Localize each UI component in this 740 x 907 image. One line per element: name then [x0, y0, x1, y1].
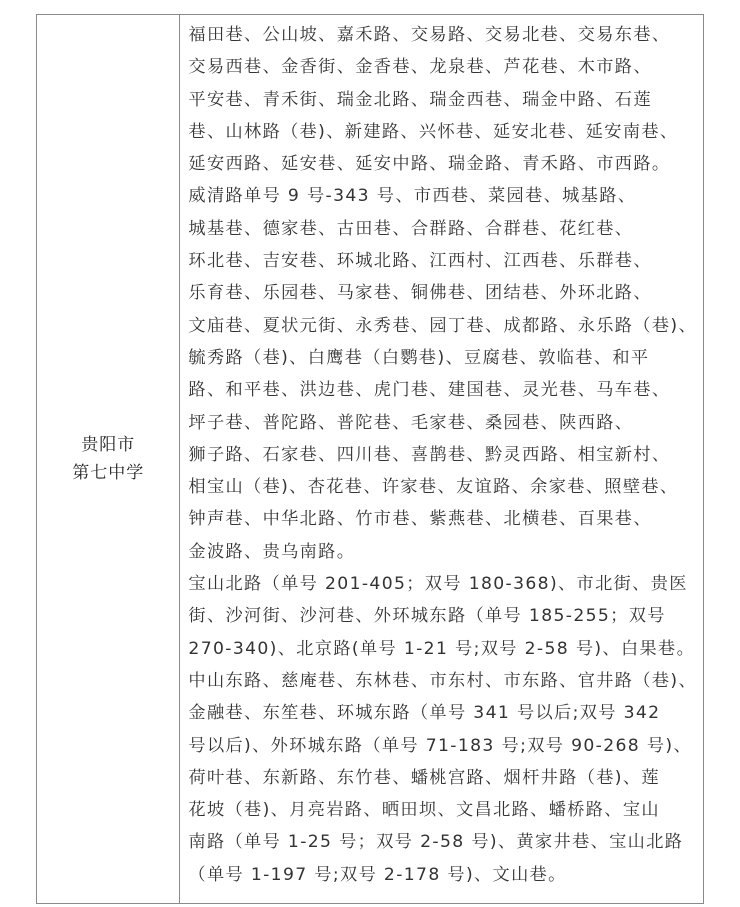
- street-line: 平安巷、青禾街、瑞金北路、瑞金西巷、瑞金中路、石莲: [188, 84, 697, 116]
- street-line: 相宝山（巷)、杏花巷、许家巷、友谊路、余家巷、照壁巷、: [188, 471, 697, 503]
- street-line: 狮子路、石家巷、四川巷、喜鹊巷、黔灵西路、相宝新村、: [188, 439, 697, 471]
- street-line: 文庙巷、夏状元街、永秀巷、园丁巷、成都路、永乐路（巷)、: [188, 310, 697, 342]
- street-line: 号以后)、外环城东路（单号 71-183 号;双号 90-268 号)、: [188, 730, 697, 762]
- street-line: 金融巷、东笙巷、环城东路（单号 341 号以后;双号 342: [188, 697, 697, 729]
- street-line: 荷叶巷、东新路、东竹巷、蟠桃宫路、烟杆井路（巷)、莲: [188, 762, 697, 794]
- street-line: 宝山北路（单号 201-405；双号 180-368)、市北街、贵医: [188, 568, 697, 600]
- street-line: 路、和平巷、洪边巷、虎门巷、建国巷、灵光巷、马车巷、: [188, 374, 697, 406]
- school-name-cell: 贵阳市 第七中学: [37, 15, 180, 903]
- street-line: （单号 1-197 号;双号 2-178 号)、文山巷。: [188, 859, 697, 891]
- street-line: 金波路、贵乌南路。: [188, 536, 697, 568]
- street-line: 福田巷、公山坡、嘉禾路、交易路、交易北巷、交易东巷、: [188, 19, 697, 51]
- street-line: 钟声巷、中华北路、竹市巷、紫燕巷、北横巷、百果巷、: [188, 503, 697, 535]
- school-name-line1: 贵阳市: [81, 431, 135, 459]
- street-line: 延安西路、延安巷、延安中路、瑞金路、青禾路、市西路。: [188, 148, 697, 180]
- street-line: 威清路单号 9 号-343 号、市西巷、菜园巷、城基路、: [188, 180, 697, 212]
- zone-paragraph-4: 中山东路、慈庵巷、东林巷、市东村、市东路、官井路（巷)、 金融巷、东笙巷、环城东…: [188, 665, 697, 891]
- zone-paragraph-2: 威清路单号 9 号-343 号、市西巷、菜园巷、城基路、 城基巷、德家巷、古田巷…: [188, 180, 697, 568]
- street-line: 街、沙河街、沙河巷、外环城东路（单号 185-255；双号: [188, 600, 697, 632]
- street-line: 南路（单号 1-25 号；双号 2-58 号)、黄家井巷、宝山北路: [188, 826, 697, 858]
- street-line: 270-340)、北京路(单号 1-21 号;双号 2-58 号)、白果巷。: [188, 633, 697, 665]
- street-line: 坪子巷、普陀路、普陀巷、毛家巷、桑园巷、陕西路、: [188, 407, 697, 439]
- street-line: 巷、山林路（巷)、新建路、兴怀巷、延安北巷、延安南巷、: [188, 116, 697, 148]
- street-line: 中山东路、慈庵巷、东林巷、市东村、市东路、官井路（巷)、: [188, 665, 697, 697]
- street-line: 花坡（巷)、月亮岩路、晒田坝、文昌北路、蟠桥路、宝山: [188, 794, 697, 826]
- zone-streets-cell: 福田巷、公山坡、嘉禾路、交易路、交易北巷、交易东巷、 交易西巷、金香街、金香巷、…: [180, 15, 703, 903]
- street-line: 交易西巷、金香街、金香巷、龙泉巷、芦花巷、木市路、: [188, 51, 697, 83]
- street-line: 城基巷、德家巷、古田巷、合群路、合群巷、花红巷、: [188, 213, 697, 245]
- zone-paragraph-3: 宝山北路（单号 201-405；双号 180-368)、市北街、贵医 街、沙河街…: [188, 568, 697, 665]
- zone-paragraph-1: 福田巷、公山坡、嘉禾路、交易路、交易北巷、交易东巷、 交易西巷、金香街、金香巷、…: [188, 19, 697, 180]
- street-line: 乐育巷、乐园巷、马家巷、铜佛巷、团结巷、外环北路、: [188, 277, 697, 309]
- school-name-line2: 第七中学: [72, 459, 144, 487]
- enrollment-zone-table: 贵阳市 第七中学 福田巷、公山坡、嘉禾路、交易路、交易北巷、交易东巷、 交易西巷…: [36, 14, 704, 904]
- street-line: 环北巷、吉安巷、环城北路、江西村、江西巷、乐群巷、: [188, 245, 697, 277]
- street-line: 毓秀路（巷)、白鹰巷（白鹦巷)、豆腐巷、敦临巷、和平: [188, 342, 697, 374]
